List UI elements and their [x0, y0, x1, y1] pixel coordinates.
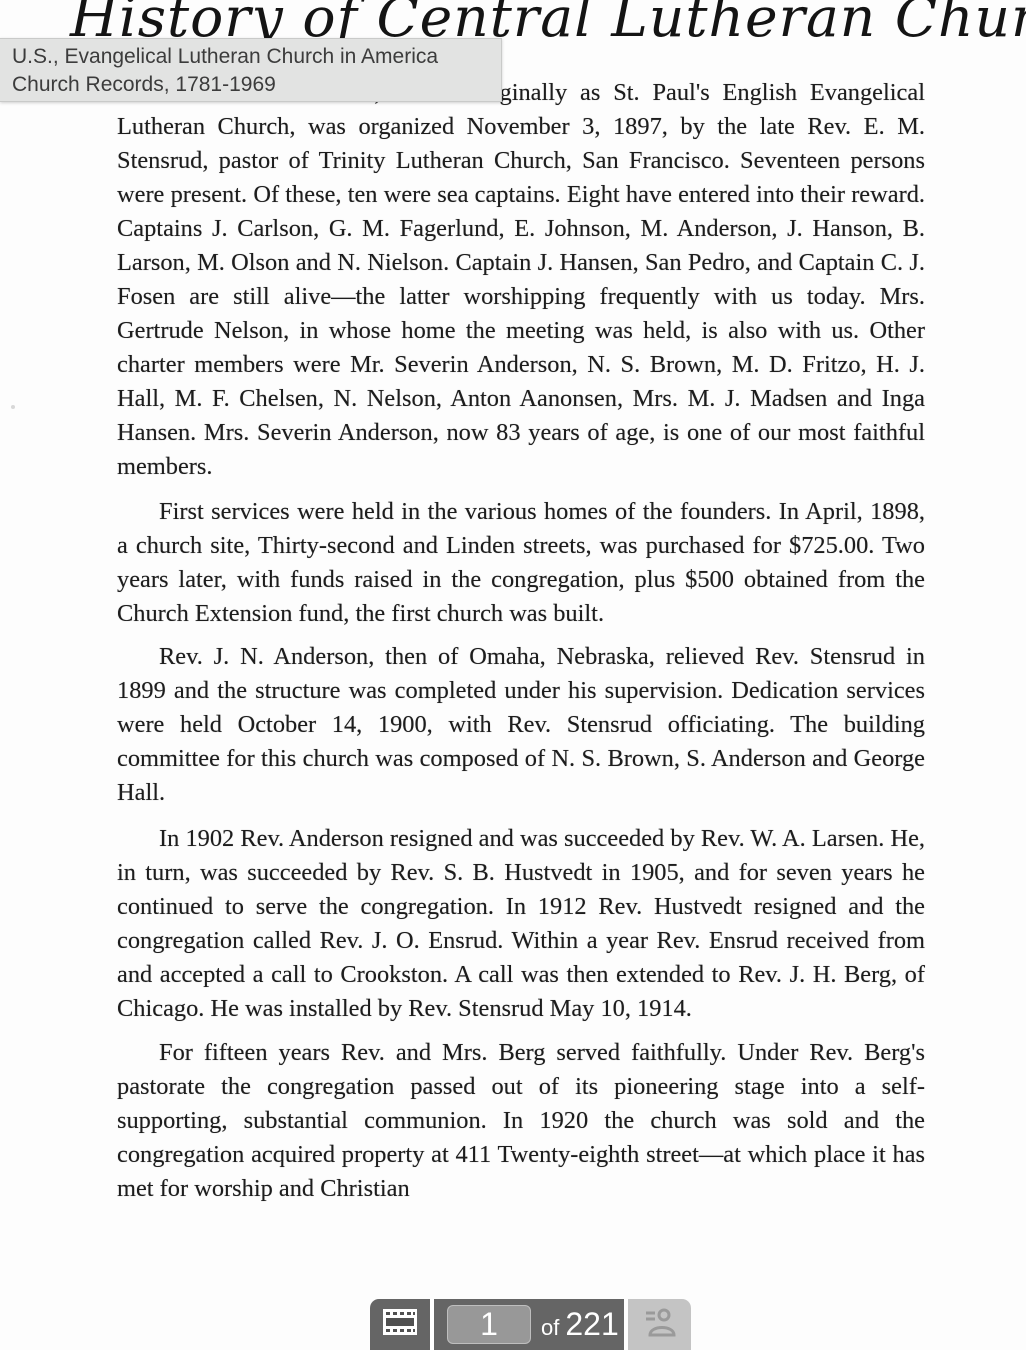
paragraph-3: Rev. J. N. Anderson, then of Omaha, Nebr…	[117, 640, 925, 810]
paragraph-5: For fifteen years Rev. and Mrs. Berg ser…	[117, 1036, 925, 1206]
collection-tooltip: U.S., Evangelical Lutheran Church in Ame…	[0, 38, 502, 102]
filmstrip-button[interactable]	[370, 1299, 430, 1350]
record-page-image: History of Central Lutheran Church Centr…	[0, 0, 1026, 1350]
index-person-button[interactable]	[628, 1299, 691, 1350]
collection-title-line-1: U.S., Evangelical Lutheran Church in Ame…	[12, 43, 489, 71]
paragraph-4: In 1902 Rev. Anderson resigned and was s…	[117, 822, 925, 1026]
paragraph-1: Central Lutheran Church, known originall…	[117, 76, 925, 484]
collection-title-line-2: Church Records, 1781-1969	[12, 71, 489, 99]
image-viewer: History of Central Lutheran Church Centr…	[0, 0, 1026, 1350]
person-index-icon	[642, 1304, 678, 1345]
document-body: Central Lutheran Church, known originall…	[117, 76, 925, 1217]
scan-speck	[11, 405, 15, 409]
total-pages: 221	[565, 1306, 618, 1343]
paragraph-2: First services were held in the various …	[117, 495, 925, 631]
page-navigation-toolbar: of 221	[370, 1299, 691, 1350]
filmstrip-icon	[382, 1308, 418, 1341]
page-pager: of 221	[434, 1299, 624, 1350]
of-label: of	[541, 1315, 559, 1341]
current-page-input[interactable]	[447, 1305, 531, 1344]
